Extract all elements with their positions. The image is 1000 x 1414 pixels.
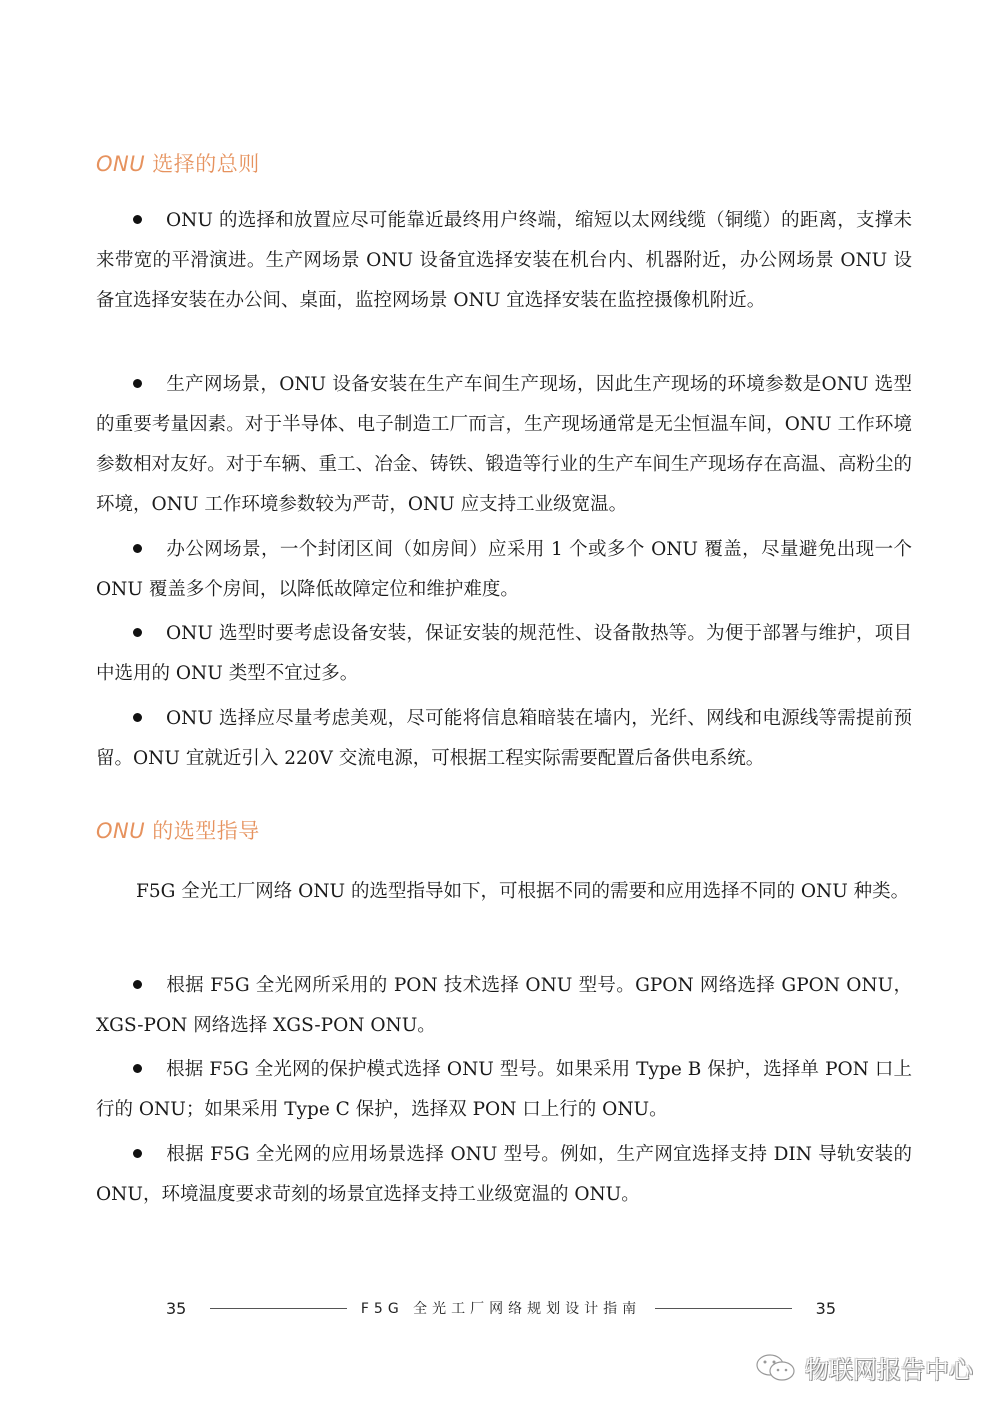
footer-title: F5G 全光工厂网络规划设计指南 — [361, 1298, 641, 1318]
heading-text: 选择的总则 — [145, 152, 260, 176]
bullet-text: ONU 选择应尽量考虑美观，尽可能将信息箱暗装在墙内，光纤、网线和电源线等需提前… — [96, 708, 912, 769]
bullet-paragraph: 根据 F5G 全光网的应用场景选择 ONU 型号。例如，生产网宜选择支持 DIN… — [96, 1135, 912, 1215]
bullet-text: ONU 选型时要考虑设备安装，保证安装的规范性、设备散热等。为便于部署与维护，项… — [96, 623, 912, 684]
bullet-text: 根据 F5G 全光网所采用的 PON 技术选择 ONU 型号。GPON 网络选择… — [96, 975, 912, 1036]
footer-rule-right — [655, 1308, 792, 1309]
intro-text: F5G 全光工厂网络 ONU 的选型指导如下，可根据不同的需要和应用选择不同的 … — [136, 881, 909, 902]
bullet-icon — [96, 614, 166, 654]
bullet-text: 根据 F5G 全光网的应用场景选择 ONU 型号。例如，生产网宜选择支持 DIN… — [96, 1144, 912, 1205]
bullet-text: 生产网场景，ONU 设备安装在生产车间生产现场，因此生产现场的环境参数是ONU … — [96, 374, 912, 515]
bullet-icon — [96, 1050, 166, 1090]
page-number-right: 35 — [806, 1299, 836, 1318]
heading-latin: ONU — [96, 819, 145, 843]
watermark-text: 物联网报告中心 — [805, 1350, 973, 1385]
bullet-icon — [96, 1135, 166, 1175]
bullet-icon — [96, 699, 166, 739]
bullet-paragraph: 办公网场景，一个封闭区间（如房间）应采用 1 个或多个 ONU 覆盖，尽量避免出… — [96, 530, 912, 610]
watermark: 物联网报告中心 — [755, 1350, 973, 1385]
bullet-paragraph: ONU 的选择和放置应尽可能靠近最终用户终端，缩短以太网线缆（铜缆）的距离，支撑… — [96, 201, 912, 321]
page-footer: 35 F5G 全光工厂网络规划设计指南 35 — [166, 1296, 836, 1320]
section-heading-selection-guide: ONU 的选型指导 — [96, 815, 260, 845]
bullet-text: 办公网场景，一个封闭区间（如房间）应采用 1 个或多个 ONU 覆盖，尽量避免出… — [96, 539, 912, 600]
bullet-text: ONU 的选择和放置应尽可能靠近最终用户终端，缩短以太网线缆（铜缆）的距离，支撑… — [96, 210, 912, 311]
bullet-icon — [96, 365, 166, 405]
bullet-paragraph: 根据 F5G 全光网的保护模式选择 ONU 型号。如果采用 Type B 保护，… — [96, 1050, 912, 1130]
page-number-left: 35 — [166, 1299, 196, 1318]
bullet-paragraph: ONU 选择应尽量考虑美观，尽可能将信息箱暗装在墙内，光纤、网线和电源线等需提前… — [96, 699, 912, 779]
bullet-icon — [96, 201, 166, 241]
footer-rule-left — [210, 1308, 347, 1309]
bullet-paragraph: 生产网场景，ONU 设备安装在生产车间生产现场，因此生产现场的环境参数是ONU … — [96, 365, 912, 525]
bullet-icon — [96, 966, 166, 1006]
bullet-paragraph: ONU 选型时要考虑设备安装，保证安装的规范性、设备散热等。为便于部署与维护，项… — [96, 614, 912, 694]
bullet-icon — [96, 530, 166, 570]
wechat-icon — [755, 1353, 797, 1383]
heading-latin: ONU — [96, 152, 145, 176]
bullet-text: 根据 F5G 全光网的保护模式选择 ONU 型号。如果采用 Type B 保护，… — [96, 1059, 912, 1120]
bullet-paragraph: 根据 F5G 全光网所采用的 PON 技术选择 ONU 型号。GPON 网络选择… — [96, 966, 912, 1046]
section-heading-general-principles: ONU 选择的总则 — [96, 148, 260, 178]
heading-text: 的选型指导 — [145, 819, 260, 843]
intro-paragraph: F5G 全光工厂网络 ONU 的选型指导如下，可根据不同的需要和应用选择不同的 … — [96, 872, 912, 912]
